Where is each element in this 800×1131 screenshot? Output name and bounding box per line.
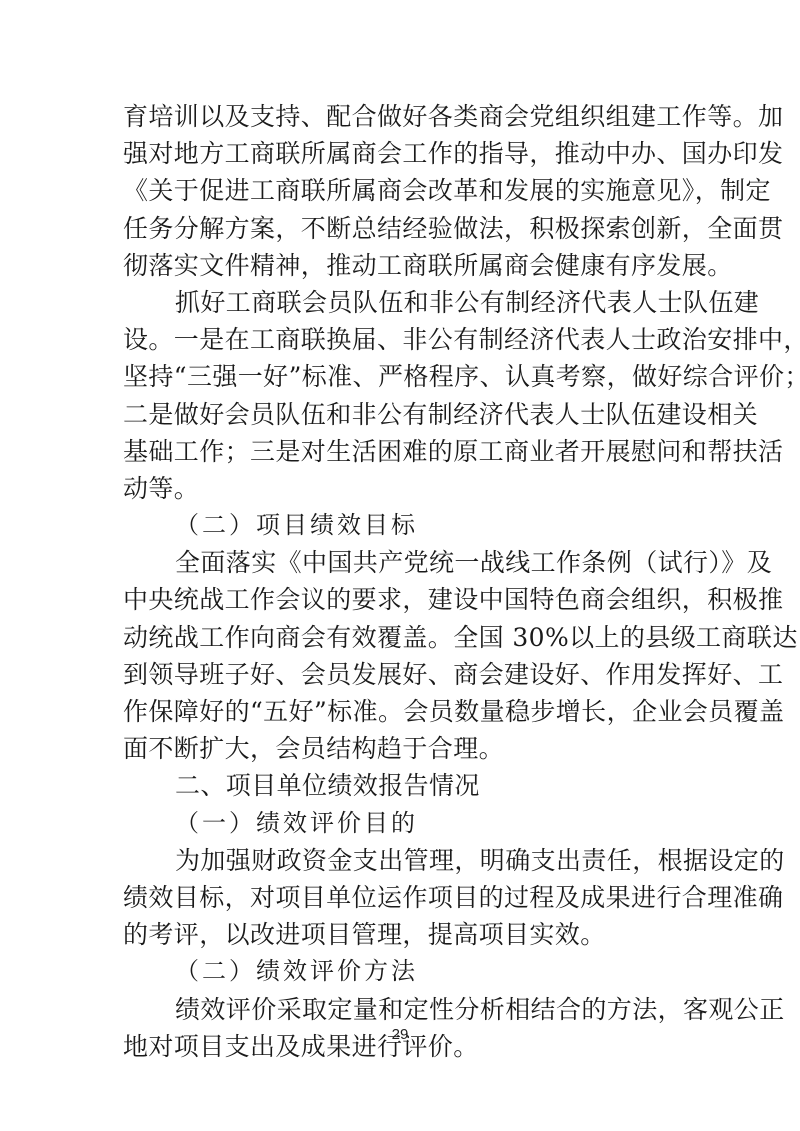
section-heading-performance-report: 二、项目单位绩效报告情况 (123, 767, 679, 804)
text-line: 作保障好的“五好”标准。会员数量稳步增长，企业会员覆盖 (123, 693, 679, 730)
page-number: 29 (0, 1026, 800, 1043)
paragraph-evaluation-purpose: 为加强财政资金支出管理，明确支出责任，根据设定的 绩效目标，对项目单位运作项目的… (123, 842, 679, 954)
text-line: 面不断扩大，会员结构趋于合理。 (123, 730, 679, 767)
text-line: 彻落实文件精神，推动工商联所属商会健康有序发展。 (123, 247, 679, 284)
text-line: 基础工作；三是对生活困难的原工商业者开展慰问和帮扶活 (123, 433, 679, 470)
paragraph-member-team-building: 抓好工商联会员队伍和非公有制经济代表人士队伍建 设。一是在工商联换届、非公有制经… (123, 284, 679, 507)
text-line: 设。一是在工商联换届、非公有制经济代表人士政治安排中， (123, 321, 679, 358)
text-line: 全面落实《中国共产党统一战线工作条例（试行）》及 (123, 544, 679, 581)
document-page: 育培训以及支持、配合做好各类商会党组织组建工作等。加 强对地方工商联所属商会工作… (123, 98, 679, 1065)
text-line: 强对地方工商联所属商会工作的指导，推动中办、国办印发 (123, 135, 679, 172)
text-line: 到领导班子好、会员发展好、商会建设好、作用发挥好、工 (123, 656, 679, 693)
text-line: 的考评，以改进项目管理，提高项目实效。 (123, 916, 679, 953)
text-line: 动统战工作向商会有效覆盖。全国 30%以上的县级工商联达 (123, 619, 679, 656)
text-line: 育培训以及支持、配合做好各类商会党组织组建工作等。加 (123, 98, 679, 135)
text-line: 绩效目标，对项目单位运作项目的过程及成果进行合理准确 (123, 879, 679, 916)
text-line: 中央统战工作会议的要求，建设中国特色商会组织，积极推 (123, 581, 679, 618)
paragraph-party-building-guidance: 育培训以及支持、配合做好各类商会党组织组建工作等。加 强对地方工商联所属商会工作… (123, 98, 679, 284)
text-line: 坚持“三强一好”标准、严格程序、认真考察，做好综合评价； (123, 358, 679, 395)
text-line: 《关于促进工商联所属商会改革和发展的实施意见》，制定 (123, 172, 679, 209)
subheading-evaluation-purpose: （一）绩效评价目的 (123, 805, 679, 842)
subheading-project-performance-goals: （二）项目绩效目标 (123, 507, 679, 544)
text-line: 绩效评价采取定量和定性分析相结合的方法，客观公正 (123, 991, 679, 1028)
text-line: 动等。 (123, 470, 679, 507)
subheading-evaluation-method: （二）绩效评价方法 (123, 953, 679, 990)
text-line: 为加强财政资金支出管理，明确支出责任，根据设定的 (123, 842, 679, 879)
text-line: 抓好工商联会员队伍和非公有制经济代表人士队伍建 (123, 284, 679, 321)
paragraph-performance-goals: 全面落实《中国共产党统一战线工作条例（试行）》及 中央统战工作会议的要求，建设中… (123, 544, 679, 767)
text-line: 任务分解方案，不断总结经验做法，积极探索创新，全面贯 (123, 210, 679, 247)
text-line: 二是做好会员队伍和非公有制经济代表人士队伍建设相关 (123, 396, 679, 433)
